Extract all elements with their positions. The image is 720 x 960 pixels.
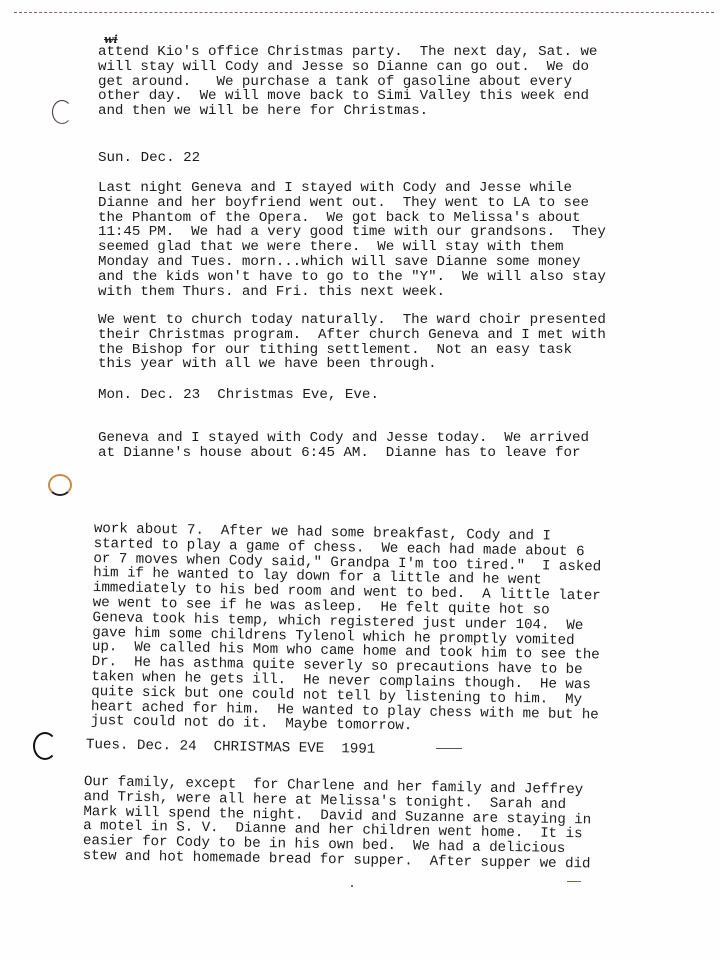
text-line: will stay will Cody and Jesse so Dianne … [98, 60, 598, 75]
entry-date-heading: Mon. Dec. 23 Christmas Eve, Eve. [98, 388, 598, 403]
page-top-edge-rule [14, 12, 714, 13]
text-line: We went to church today naturally. The w… [98, 313, 598, 328]
entry-paragraph: Geneva and I stayed with Cody and Jesse … [98, 431, 598, 461]
entry-heading-tues-dec-24: Tues. Dec. 24 CHRISTMAS EVE 1991 [86, 738, 606, 762]
text-line: the Bishop for our tithing settlement. N… [98, 343, 598, 358]
text-line: this year with all we have been through. [98, 357, 598, 372]
text-line: 11:45 PM. We had a very good time with o… [98, 225, 598, 240]
text-line: their Christmas program. After church Ge… [98, 328, 598, 343]
text-line: with them Thurs. and Fri. this next week… [98, 285, 598, 300]
continuation-paragraph: attend Kio's office Christmas party. The… [98, 45, 598, 119]
text-line: and the kids won't have to go to the "Y"… [98, 270, 598, 285]
pen-dash-mark [436, 748, 462, 749]
text-line: Geneva and I stayed with Cody and Jesse … [98, 431, 598, 446]
text-line: and then we will be here for Christmas. [98, 104, 598, 119]
entry-date-heading: Sun. Dec. 22 [98, 151, 598, 166]
text-line: Last night Geneva and I stayed with Cody… [98, 181, 598, 196]
text-line: Dianne and her boyfriend went out. They … [98, 196, 598, 211]
entry-date-heading: Tues. Dec. 24 CHRISTMAS EVE 1991 [86, 738, 606, 762]
entry-paragraph: Last night Geneva and I stayed with Cody… [98, 181, 598, 299]
entry-paragraph-tilted: Our family, except for Charlene and her … [83, 775, 604, 872]
scanned-journal-page: wi attend Kio's office Christmas party. … [0, 0, 720, 960]
scan-speck [351, 885, 353, 887]
text-line: seemed glad that we were there. We will … [98, 240, 598, 255]
entry-paragraph: We went to church today naturally. The w… [98, 313, 598, 372]
text-line: get around. We purchase a tank of gasoli… [98, 75, 598, 90]
text-line: the Phantom of the Opera. We got back to… [98, 211, 598, 226]
entry-heading-sun-dec-22: Sun. Dec. 22 [98, 151, 598, 166]
pen-dash-mark [567, 881, 581, 882]
entry-paragraph-tilted: work about 7. After we had some breakfas… [91, 522, 614, 738]
text-line: Monday and Tues. morn...which will save … [98, 255, 598, 270]
text-line: at Dianne's house about 6:45 AM. Dianne … [98, 446, 598, 461]
margin-ring-mark-icon [33, 732, 57, 760]
text-line: other day. We will move back to Simi Val… [98, 89, 598, 104]
entry-heading-mon-dec-23: Mon. Dec. 23 Christmas Eve, Eve. [98, 388, 598, 403]
margin-ring-mark-icon [52, 100, 72, 124]
margin-ring-mark-icon [48, 474, 72, 496]
text-line: attend Kio's office Christmas party. The… [98, 45, 598, 60]
